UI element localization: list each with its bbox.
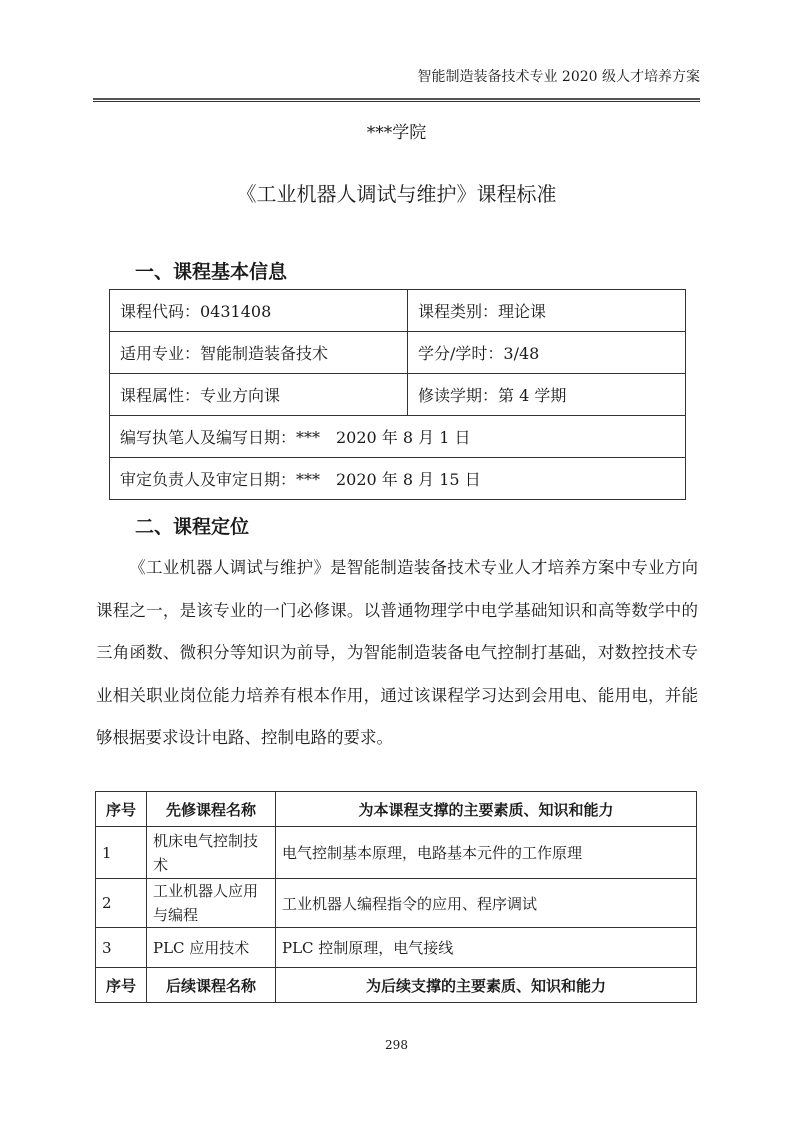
course-type-cell: 课程类别：理论课 (408, 290, 686, 332)
table-row: 课程代码：0431408 课程类别：理论课 (110, 290, 686, 332)
paragraph-text: 《工业机器人调试与维护》是智能制造装备技术专业人才培养方案中专业方向课程之一，是… (96, 558, 698, 747)
table-row: 审定负责人及审定日期：*** 2020 年 8 月 15 日 (110, 458, 686, 500)
row-index: 1 (96, 827, 147, 879)
header-cell: 为本课程支撑的主要素质、知识和能力 (276, 792, 697, 827)
table-row: 3 PLC 应用技术 PLC 控制原理，电气接线 (96, 928, 697, 968)
table-row: 2 工业机器人应用与编程 工业机器人编程指令的应用、程序调试 (96, 879, 697, 928)
table-row: 1 机床电气控制技术 电气控制基本原理，电路基本元件的工作原理 (96, 827, 697, 879)
course-support: 电气控制基本原理，电路基本元件的工作原理 (276, 827, 697, 879)
header-cell: 序号 (96, 968, 147, 1003)
positioning-paragraph: 《工业机器人调试与维护》是智能制造装备技术专业人才培养方案中专业方向课程之一，是… (96, 547, 698, 760)
followup-header-row: 序号 后续课程名称 为后续支撑的主要素质、知识和能力 (96, 968, 697, 1003)
author-date-cell: 编写执笔人及编写日期：*** 2020 年 8 月 1 日 (110, 416, 686, 458)
reviewer-date-cell: 审定负责人及审定日期：*** 2020 年 8 月 15 日 (110, 458, 686, 500)
page-number: 298 (0, 1038, 793, 1052)
running-header: 智能制造装备技术专业 2020 级人才培养方案 (400, 66, 700, 86)
header-rule (93, 98, 700, 102)
header-cell: 序号 (96, 792, 147, 827)
table-row: 适用专业：智能制造装备技术 学分/学时：3/48 (110, 332, 686, 374)
table-header-row: 序号 先修课程名称 为本课程支撑的主要素质、知识和能力 (96, 792, 697, 827)
document-title: 《工业机器人调试与维护》课程标准 (0, 178, 793, 207)
course-support: PLC 控制原理，电气接线 (276, 928, 697, 968)
header-cell: 先修课程名称 (147, 792, 276, 827)
course-name: PLC 应用技术 (147, 928, 276, 968)
credits-hours-cell: 学分/学时：3/48 (408, 332, 686, 374)
row-index: 2 (96, 879, 147, 928)
table-row: 编写执笔人及编写日期：*** 2020 年 8 月 1 日 (110, 416, 686, 458)
college-name: ***学院 (0, 118, 793, 143)
major-cell: 适用专业：智能制造装备技术 (110, 332, 408, 374)
course-attribute-cell: 课程属性：专业方向课 (110, 374, 408, 416)
section-heading-positioning: 二、课程定位 (135, 512, 249, 539)
course-support: 工业机器人编程指令的应用、程序调试 (276, 879, 697, 928)
course-name: 工业机器人应用与编程 (147, 879, 276, 928)
course-code-cell: 课程代码：0431408 (110, 290, 408, 332)
row-index: 3 (96, 928, 147, 968)
basic-info-table: 课程代码：0431408 课程类别：理论课 适用专业：智能制造装备技术 学分/学… (109, 289, 686, 500)
section-heading-basic-info: 一、课程基本信息 (135, 257, 287, 284)
semester-cell: 修读学期：第 4 学期 (408, 374, 686, 416)
header-cell: 为后续支撑的主要素质、知识和能力 (276, 968, 697, 1003)
header-cell: 后续课程名称 (147, 968, 276, 1003)
prerequisite-table: 序号 先修课程名称 为本课程支撑的主要素质、知识和能力 1 机床电气控制技术 电… (95, 791, 697, 1003)
table-row: 课程属性：专业方向课 修读学期：第 4 学期 (110, 374, 686, 416)
course-name: 机床电气控制技术 (147, 827, 276, 879)
